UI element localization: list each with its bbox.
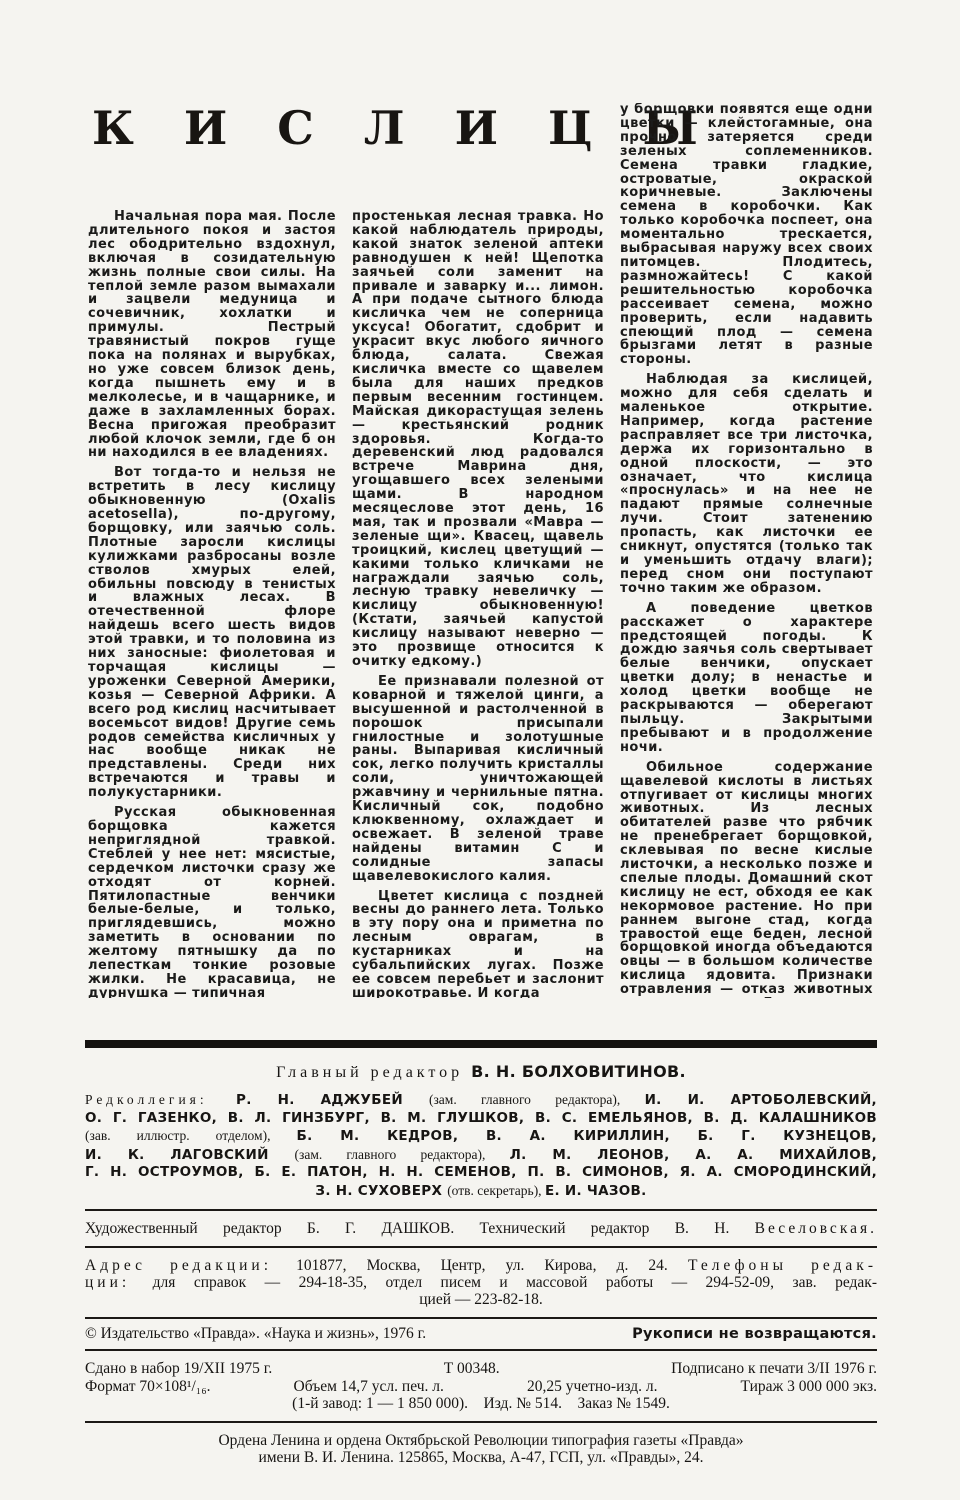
masthead-line: Ордена Ленина и ордена Октябрьской Револ… [85,1432,877,1449]
article-paragraph: Начальная пора мая. После длительного по… [88,210,336,460]
divider-rule [85,1421,877,1423]
text-segment: 20,25 учетно-изд. л. [527,1378,658,1395]
text-segment: (1-й завод: 1 — 1 850 000). Изд. № 514. … [292,1395,670,1412]
masthead-line: З. Н. СУХОВЕРХ (отв. секретарь), Е. И. Ч… [85,1182,877,1201]
text-segment: З. Н. СУХОВЕРХ [315,1183,447,1199]
divider-rule [85,1349,877,1351]
article-paragraph: Ее признавали полезной от коварной и тяж… [352,675,604,884]
article-paragraph: Русская обыкновенная борщовка кажется не… [88,806,336,998]
text-segment: О. Г. ГАЗЕНКО, В. Л. ГИНЗБУРГ, В. М. ГЛУ… [85,1110,877,1126]
text-segment: Л. М. ЛЕОНОВ, А. А. МИХАЙЛОВ, [510,1147,877,1163]
text-segment: Б. М. КЕДРОВ, В. А. КИРИЛЛИН, Б. Г. КУЗН… [297,1128,877,1144]
article-column: у борщовки появятся еще одни цветки — кл… [620,103,873,998]
article-paragraph: простенькая лесная травка. Но какой набл… [352,210,604,669]
article-column: простенькая лесная травка. Но какой набл… [352,210,604,998]
text-segment: Телефоны редак- [688,1257,877,1274]
publisher-text: © Издательство «Правда». «Наука и жизнь»… [85,1325,426,1343]
text-segment: Р. Н. АДЖУБЕЙ [236,1092,429,1108]
masthead-line: Формат 70×108¹/₁₆.Объем 14,7 усл. печ. л… [85,1378,877,1395]
text-segment: И. К. ЛАГОВСКИЙ [85,1147,295,1163]
manuscripts-notice: Рукописи не возвращаются. [632,1326,877,1342]
article-paragraph: у борщовки появятся еще одни цветки — кл… [620,103,873,367]
masthead-line: цией — 223-82-18. [85,1291,877,1308]
text-segment: 101877, Москва, Центр, ул. Кирова, д. 24… [296,1257,688,1274]
text-segment: (отв. секретарь), [447,1183,545,1198]
text-segment: имени В. И. Ленина. 125865, Москва, А-47… [258,1449,703,1466]
text-segment: Адрес редакции: [85,1257,296,1274]
article-paragraph: Вот тогда-то и нельзя не встретить в лес… [88,466,336,800]
masthead: Главный редактор В. Н. БОЛХОВИТИНОВ. Ред… [85,1040,877,1469]
masthead-line: О. Г. ГАЗЕНКО, В. Л. ГИНЗБУРГ, В. М. ГЛУ… [85,1110,877,1128]
masthead-line: Главный редактор В. Н. БОЛХОВИТИНОВ. [85,1062,877,1083]
typography-block: Ордена Ленина и ордена Октябрьской Револ… [85,1429,877,1469]
masthead-line: имени В. И. Ленина. 125865, Москва, А-47… [85,1449,877,1466]
text-segment: (зав. иллюстр. отделом), [85,1128,297,1143]
masthead-line: ции: для справок — 294-18-35, отдел писе… [85,1274,877,1291]
text-segment: Сдано в набор 19/XII 1975 г. [85,1360,272,1377]
artistic-editor-line: Художественный редактор Б. Г. ДАШКОВ. Те… [85,1217,877,1240]
chief-editor-line: Главный редактор В. Н. БОЛХОВИТИНОВ. [85,1062,877,1083]
text-segment: Формат 70×108¹/₁₆. [85,1378,210,1395]
masthead-line: Редколлегия: Р. Н. АДЖУБЕЙ (зам. главног… [85,1091,877,1110]
text-segment: Ордена Ленина и ордена Октябрьской Револ… [218,1432,743,1449]
text-segment: Подписано к печати 3/II 1976 г. [671,1360,877,1377]
text-segment: (зам. главного редактора), [429,1092,645,1107]
text-segment: ции: [85,1274,153,1291]
masthead-line: (1-й завод: 1 — 1 850 000). Изд. № 514. … [85,1395,877,1412]
text-segment: Художественный редактор Б. Г. ДАШКОВ. Те… [85,1220,755,1237]
text-segment: Г. Н. ОСТРОУМОВ, Б. Е. ПАТОН, Н. Н. СЕМЕ… [85,1164,877,1180]
masthead-line: Художественный редактор Б. Г. ДАШКОВ. Те… [85,1220,877,1237]
address-block: Адрес редакции: 101877, Москва, Центр, у… [85,1254,877,1312]
text-segment: Т 00348. [444,1360,500,1377]
article-column: Начальная пора мая. После длительного по… [88,210,336,998]
divider-rule [85,1209,877,1211]
text-segment: цией — 223-82-18. [419,1291,542,1308]
text-segment: Редколлегия: [85,1092,236,1107]
text-segment: В. Н. БОЛХОВИТИНОВ. [471,1062,686,1081]
masthead-line: Адрес редакции: 101877, Москва, Центр, у… [85,1257,877,1274]
text-segment: для справок — 294-18-35, отдел писем и м… [153,1274,877,1291]
text-segment: Тираж 3 000 000 экз. [741,1378,877,1395]
text-segment: (зам. главного редактора), [295,1147,510,1162]
text-segment: Веселовская. [755,1220,877,1237]
print-info-block: Сдано в набор 19/XII 1975 г.Т 00348.Подп… [85,1357,877,1415]
masthead-line: Сдано в набор 19/XII 1975 г.Т 00348.Подп… [85,1360,877,1377]
article-paragraph: Цветет кислица с поздней весны до раннег… [352,890,604,999]
divider-rule [85,1246,877,1248]
text-segment: Объем 14,7 усл. печ. л. [294,1378,444,1395]
text-segment: Главный редактор [276,1064,471,1081]
masthead-line: (зав. иллюстр. отделом), Б. М. КЕДРОВ, В… [85,1127,877,1146]
divider-rule [85,1317,877,1319]
page-title: КИСЛИЦЫ [92,100,652,156]
editorial-board: Редколлегия: Р. Н. АДЖУБЕЙ (зам. главног… [85,1091,877,1201]
text-segment: Е. И. ЧАЗОВ. [545,1183,647,1199]
masthead-top-rule [85,1040,877,1048]
article-paragraph: Наблюдая за кислицей, можно для себя сде… [620,373,873,596]
article-paragraph: А поведение цветков расскажет о характер… [620,602,873,755]
magazine-page: КИСЛИЦЫ Начальная пора мая. После длител… [0,0,960,1500]
article-paragraph: Обильное содержание щавелевой кислоты в … [620,761,873,998]
masthead-line: И. К. ЛАГОВСКИЙ (зам. главного редактора… [85,1146,877,1165]
copyright-line: © Издательство «Правда». «Наука и жизнь»… [85,1325,877,1343]
text-segment: И. И. АРТОБОЛЕВСКИЙ, [645,1092,877,1108]
masthead-line: Г. Н. ОСТРОУМОВ, Б. Е. ПАТОН, Н. Н. СЕМЕ… [85,1164,877,1182]
